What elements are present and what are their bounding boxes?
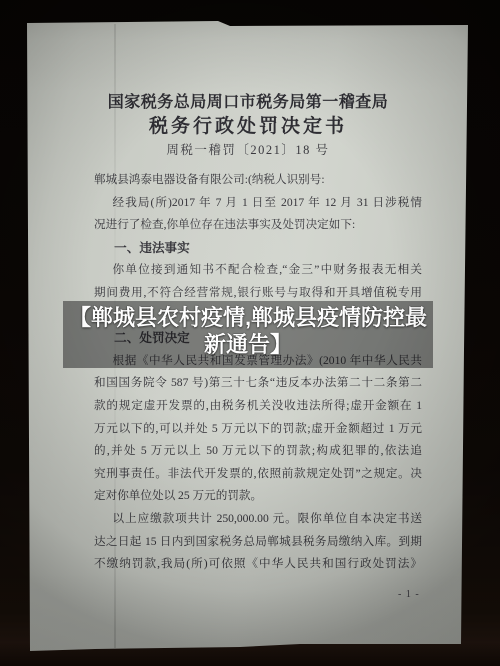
doc-title: 税务行政处罚决定书 xyxy=(30,111,466,138)
doc-line: 一、违法事实 xyxy=(94,237,422,260)
caption-line-2: 新通告】 xyxy=(63,331,433,358)
doc-line: 郸城县鸿泰电器设备有限公司:(纳税人识别号: 91411625MA44C29P0… xyxy=(94,169,422,192)
doc-line: 况进行了检查,你单位存在违法事实及处罚决定如下: xyxy=(94,214,422,237)
doc-line: 和国国务院令 587 号)第三十七条“违反本办法第二十二条第二 xyxy=(94,372,422,395)
caption-line-1: 【郸城县农村疫情,郸城县疫情防控最 xyxy=(63,304,433,331)
doc-line: 万元以下的,可以并处 5 万元以下的罚款;虚开金额超过 1 万元 xyxy=(94,418,422,441)
doc-line: 以上应缴款项共计 250,000.00 元。限你单位自本决定书送 xyxy=(94,508,422,531)
page-number: - 1 - xyxy=(398,589,420,600)
photo-background: 国家税务总局周口市税务局第一稽查局 税务行政处罚决定书 周税一稽罚〔2021〕1… xyxy=(0,0,500,666)
doc-number: 周税一稽罚〔2021〕18 号 xyxy=(30,140,466,158)
doc-line: 究刑事责任。非法代开发票的,依照前款规定处罚”之规定。决 xyxy=(94,463,422,486)
doc-line: 的,并处 5 万元以上 50 万元以下的罚款;构成犯罪的,依法追 xyxy=(94,440,422,463)
document-body: 郸城县鸿泰电器设备有限公司:(纳税人识别号: 91411625MA44C29P0… xyxy=(94,169,422,576)
doc-line: 达之日起 15 日内到国家税务总局郸城县税务局缴纳入库。到期 xyxy=(94,531,422,554)
doc-line: 你单位接到通知书不配合检查,“金三”中财务报表无相关 xyxy=(94,259,422,282)
doc-line: 款的规定虚开发票的,由税务机关没收违法所得;虚开金额在 1 xyxy=(94,395,422,418)
doc-line: 经我局(所)2017 年 7 月 1 日至 2017 年 12 月 31 日涉税… xyxy=(94,192,422,215)
doc-issuer-line: 国家税务总局周口市税务局第一稽查局 xyxy=(30,89,466,112)
caption-overlay: 【郸城县农村疫情,郸城县疫情防控最 新通告】 xyxy=(63,301,433,368)
doc-line: 不缴纳罚款,我局(所)可依照《中华人民共和国行政处罚法》 xyxy=(94,553,422,576)
doc-line: 定对你单位处以 25 万元的罚款。 xyxy=(94,485,422,508)
